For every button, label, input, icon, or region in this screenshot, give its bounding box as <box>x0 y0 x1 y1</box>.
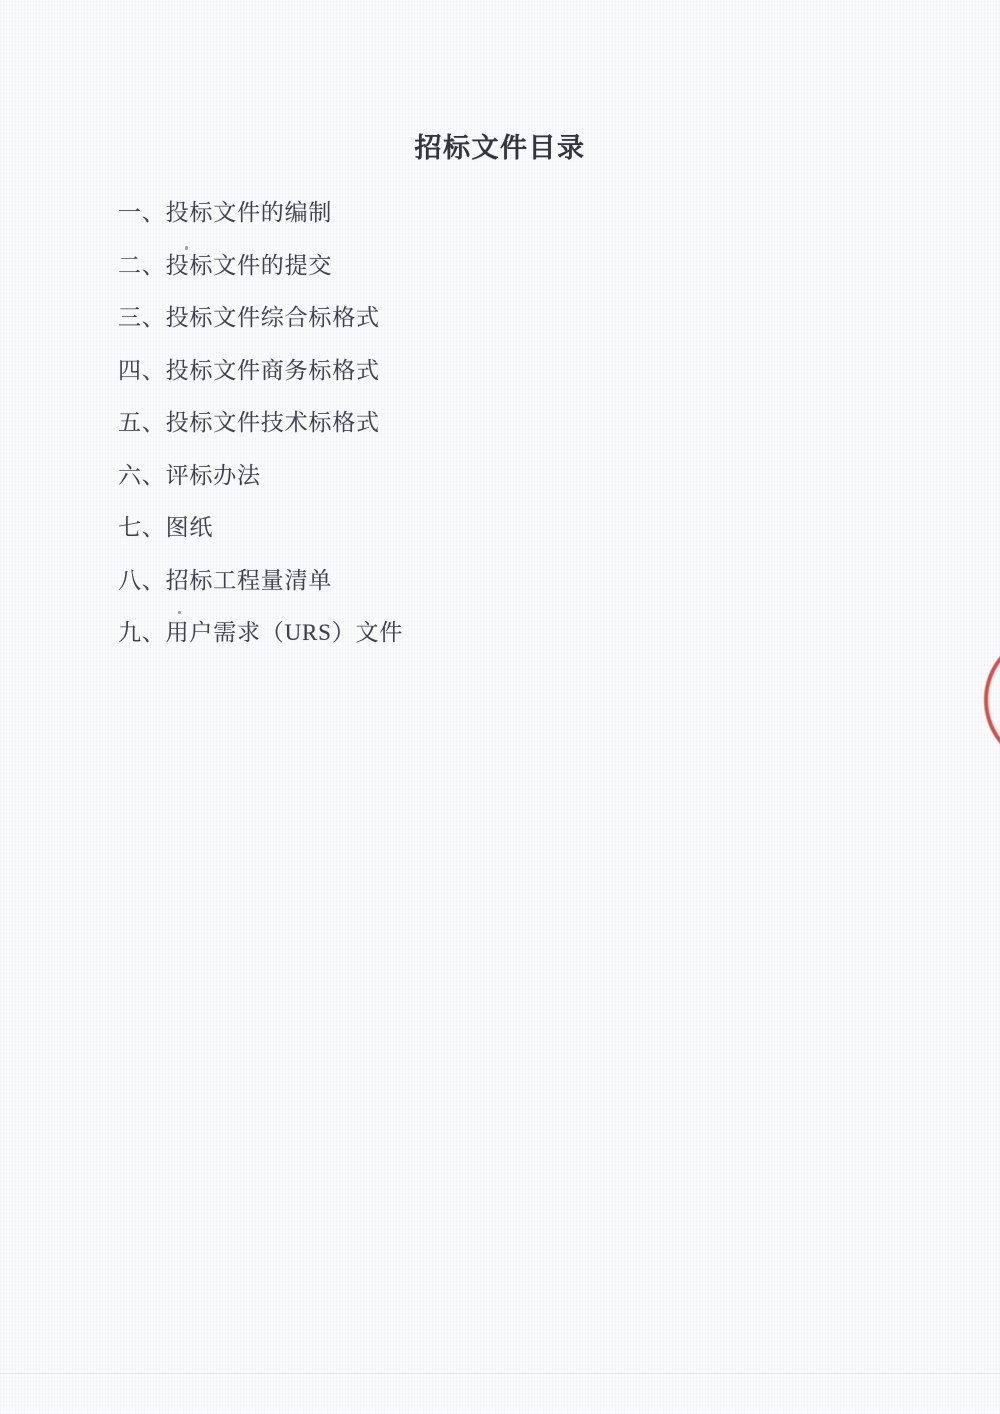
toc-item-label: 招标工程量清单 <box>166 555 333 608</box>
toc-item-number: 六、 <box>118 450 166 503</box>
scan-artifact-line <box>0 1373 1000 1374</box>
toc-item-label: 投标文件的编制 <box>166 187 333 240</box>
toc-item-number: 八、 <box>118 555 166 608</box>
toc-item-number: 七、 <box>118 502 166 555</box>
toc-item-label: 评标办法 <box>166 450 261 503</box>
toc-item-label: 投标文件综合标格式 <box>166 292 380 345</box>
toc-item-number: 五、 <box>118 397 166 450</box>
toc-item: 九、用户需求（URS）文件 <box>118 607 403 660</box>
toc-item: 七、图纸 <box>118 502 403 555</box>
scan-speck <box>178 611 181 614</box>
red-stamp-edge <box>984 632 1000 768</box>
document-page: 招标文件目录 一、投标文件的编制 二、投标文件的提交 三、投标文件综合标格式 四… <box>0 0 1000 1414</box>
page-title: 招标文件目录 <box>0 126 1000 165</box>
toc-item: 二、投标文件的提交 <box>118 240 403 293</box>
toc-item-label: 投标文件的提交 <box>166 240 333 293</box>
toc-item-number: 九、 <box>118 607 166 660</box>
toc-item-number: 一、 <box>118 187 166 240</box>
toc-item-number: 四、 <box>118 345 166 398</box>
toc-item: 六、评标办法 <box>118 450 403 503</box>
toc-item-number: 二、 <box>118 240 166 293</box>
toc-item: 一、投标文件的编制 <box>118 187 403 240</box>
toc-item-label: 投标文件技术标格式 <box>166 397 380 450</box>
toc-item-label: 图纸 <box>166 502 214 555</box>
toc-item-label: 投标文件商务标格式 <box>166 345 380 398</box>
scan-speck <box>185 246 188 250</box>
toc-item-number: 三、 <box>118 292 166 345</box>
toc-list: 一、投标文件的编制 二、投标文件的提交 三、投标文件综合标格式 四、投标文件商务… <box>118 187 403 660</box>
toc-item: 八、招标工程量清单 <box>118 555 403 608</box>
toc-item: 五、投标文件技术标格式 <box>118 397 403 450</box>
toc-item: 四、投标文件商务标格式 <box>118 345 403 398</box>
toc-item: 三、投标文件综合标格式 <box>118 292 403 345</box>
toc-item-label: 用户需求（URS）文件 <box>166 607 404 660</box>
